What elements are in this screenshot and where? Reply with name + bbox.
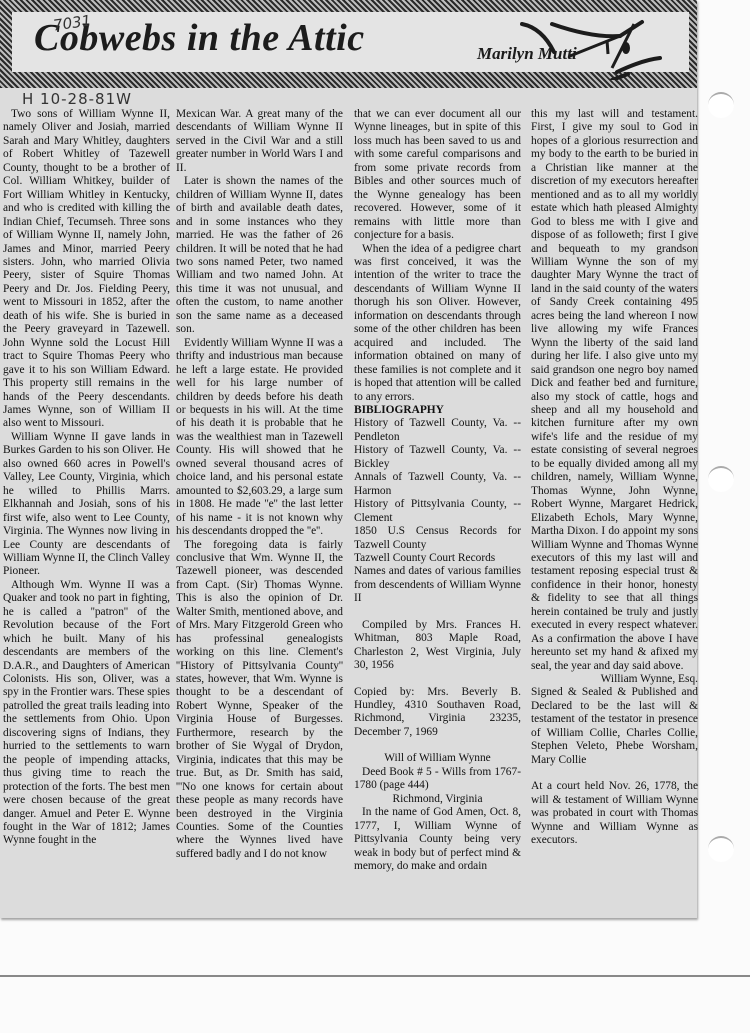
will-source: Deed Book # 5 - Wills from 1767-1780 (pa… xyxy=(354,766,521,793)
paragraph: Later is shown the names of the children… xyxy=(176,175,343,336)
article-column-3: that we can ever document all our Wynne … xyxy=(354,108,521,873)
will-witnesses: Signed & Sealed & Published and Declared… xyxy=(531,686,698,767)
probate-note: At a court held Nov. 26, 1778, the will … xyxy=(531,780,698,847)
paragraph: William Wynne II gave lands in Burkes Ga… xyxy=(3,431,170,579)
bibliography-entry: History of Tazwell County, Va. --Bickley xyxy=(354,444,521,471)
bibliography-entry: Annals of Tazwell County, Va. --Harmon xyxy=(354,471,521,498)
paragraph: Evidently William Wynne II was a thrifty… xyxy=(176,337,343,539)
newspaper-clipping: Cobwebs in the Attic Marilyn Mutti 7031 … xyxy=(0,0,697,918)
binder-hole xyxy=(708,466,734,492)
spacer xyxy=(354,739,521,752)
column-banner: Cobwebs in the Attic Marilyn Mutti 7031 xyxy=(0,0,697,88)
will-title: Will of William Wynne xyxy=(354,752,521,765)
will-body: this my last will and testament. First, … xyxy=(531,108,698,673)
paragraph: The foregoing data is fairly conclusive … xyxy=(176,539,343,862)
will-location: Richmond, Virginia xyxy=(354,793,521,806)
article-body: Two sons of William Wynne II, namely Oli… xyxy=(0,108,697,914)
bibliography-entry: 1850 U.S Census Records for Tazwell Coun… xyxy=(354,525,521,552)
handwritten-date: H 10-28-81W xyxy=(22,90,132,108)
bibliography-entry: History of Pittsylvania County, --Clemen… xyxy=(354,498,521,525)
paragraph: Mexican War. A great many of the descend… xyxy=(176,108,343,175)
spacer xyxy=(531,767,698,780)
bibliography-entry: Names and dates of various families from… xyxy=(354,565,521,605)
will-opening: In the name of God Amen, Oct. 8, 1777, I… xyxy=(354,806,521,873)
compiled-by: Compiled by Mrs. Frances H. Whitman, 803… xyxy=(354,619,521,673)
binder-hole xyxy=(708,92,734,118)
spacer xyxy=(354,673,521,686)
paragraph: Although Wm. Wynne II was a Quaker and t… xyxy=(3,579,170,848)
bibliography-entry: History of Tazwell County, Va. --Pendlet… xyxy=(354,417,521,444)
paragraph: Two sons of William Wynne II, namely Oli… xyxy=(3,108,170,431)
spacer xyxy=(354,606,521,619)
bibliography-entry: Tazwell County Court Records xyxy=(354,552,521,565)
will-signature: William Wynne, Esq. xyxy=(531,673,698,686)
author-name: Marilyn Mutti xyxy=(477,44,577,64)
page-edge xyxy=(0,975,750,977)
copied-by: Copied by: Mrs. Beverly B. Hundley, 4310… xyxy=(354,686,521,740)
article-column-2: Mexican War. A great many of the descend… xyxy=(176,108,343,861)
paragraph: that we can ever document all our Wynne … xyxy=(354,108,521,243)
paragraph: When the idea of a pedigree chart was fi… xyxy=(354,243,521,404)
article-column-4: this my last will and testament. First, … xyxy=(531,108,698,847)
binder-hole xyxy=(708,836,734,862)
banner-panel: Cobwebs in the Attic Marilyn Mutti xyxy=(12,12,689,72)
article-column-1: Two sons of William Wynne II, namely Oli… xyxy=(3,108,170,848)
bibliography-heading: BIBLIOGRAPHY xyxy=(354,404,521,417)
